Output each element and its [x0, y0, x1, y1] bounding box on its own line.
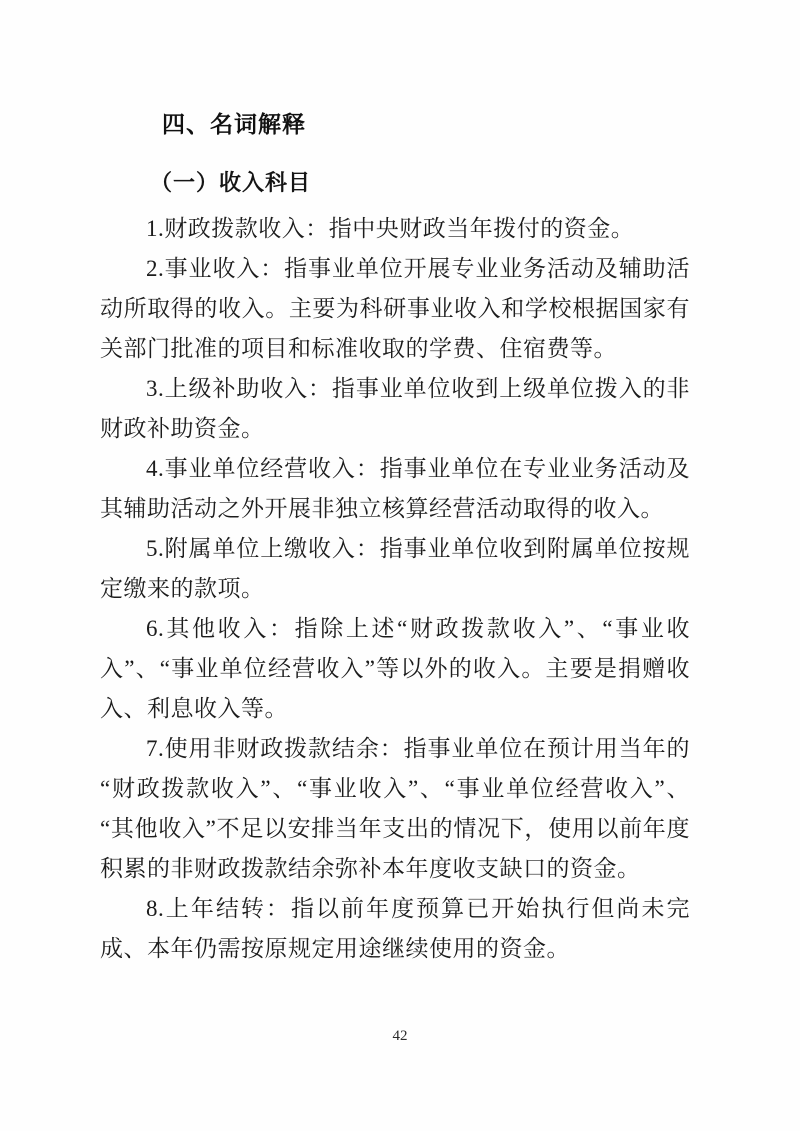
document-content: 四、名词解释 （一）收入科目 1.财政拨款收入：指中央财政当年拨付的资金。 2.… — [100, 0, 690, 969]
definitions-list: 1.财政拨款收入：指中央财政当年拨付的资金。 2.事业收入：指事业单位开展专业业… — [100, 209, 690, 969]
definition-paragraph-5: 5.附属单位上缴收入：指事业单位收到附属单位按规定缴来的款项。 — [100, 529, 690, 609]
definition-paragraph-3: 3.上级补助收入：指事业单位收到上级单位拨入的非财政补助资金。 — [100, 369, 690, 449]
definition-paragraph-6: 6.其他收入：指除上述“财政拨款收入”、“事业收入”、“事业单位经营收入”等以外… — [100, 609, 690, 729]
subsection-heading: （一）收入科目 — [150, 169, 690, 196]
definition-paragraph-7: 7.使用非财政拨款结余：指事业单位在预计用当年的“财政拨款收入”、“事业收入”、… — [100, 729, 690, 889]
definition-paragraph-8: 8.上年结转：指以前年度预算已开始执行但尚未完成、本年仍需按原规定用途继续使用的… — [100, 889, 690, 969]
document-page: 四、名词解释 （一）收入科目 1.财政拨款收入：指中央财政当年拨付的资金。 2.… — [0, 0, 800, 1131]
page-number: 42 — [0, 1028, 800, 1045]
definition-paragraph-1: 1.财政拨款收入：指中央财政当年拨付的资金。 — [100, 209, 690, 249]
definition-paragraph-2: 2.事业收入：指事业单位开展专业业务活动及辅助活动所取得的收入。主要为科研事业收… — [100, 249, 690, 369]
definition-paragraph-4: 4.事业单位经营收入：指事业单位在专业业务活动及其辅助活动之外开展非独立核算经营… — [100, 449, 690, 529]
section-heading: 四、名词解释 — [162, 110, 690, 138]
